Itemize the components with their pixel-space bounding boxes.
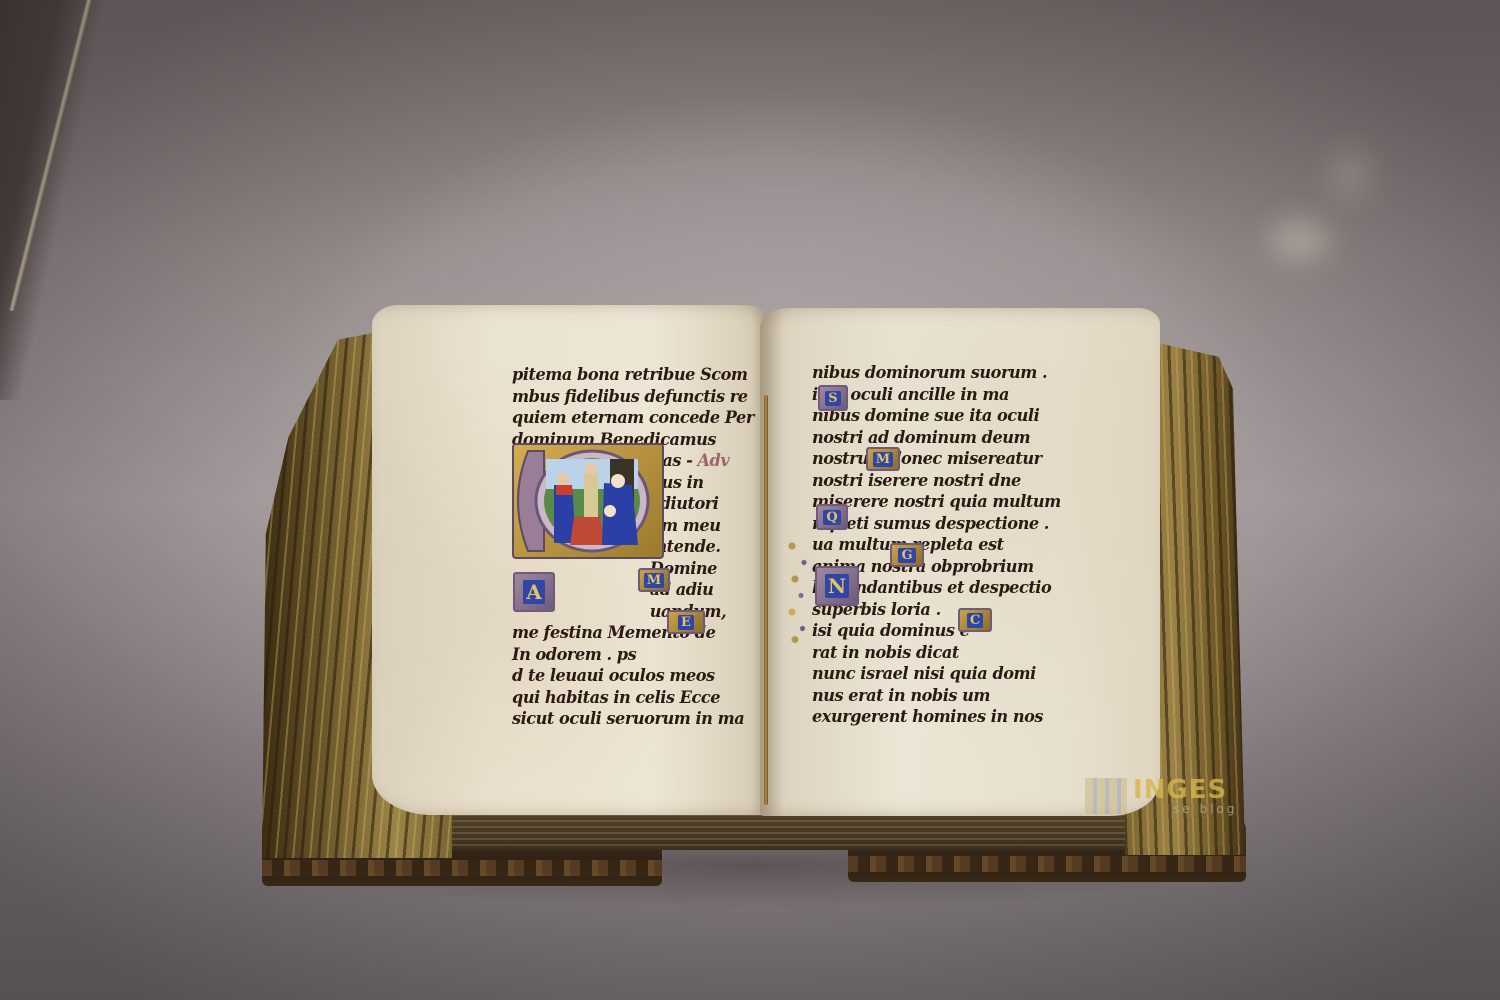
text-line: qui habitas in celis Ecce — [512, 688, 754, 710]
historiated-initial-miniature — [512, 443, 664, 559]
text-line: nus erat in nobis um — [812, 686, 1061, 708]
illuminated-initial-g: G — [890, 543, 924, 567]
initial-letter: S — [825, 391, 840, 406]
illuminated-initial-e: E — [667, 610, 705, 634]
text-line: In odorem . ps — [512, 645, 754, 667]
initial-letter: C — [967, 613, 983, 628]
text-line: miserere nostri quia multum — [812, 492, 1061, 514]
text-line: icut oculi ancille in ma — [812, 385, 1061, 407]
rubric-text: Adv — [698, 451, 730, 471]
text-line: nostri iserere nostri dne — [812, 471, 1061, 493]
initial-letter: Q — [823, 510, 840, 525]
initial-letter: N — [825, 574, 849, 598]
floral-marginalia — [783, 535, 813, 645]
illuminated-initial-m: M — [638, 568, 670, 592]
illuminated-initial-c: C — [958, 608, 992, 632]
illuminated-initial-s: S — [818, 385, 848, 411]
text-line: d te leuaui oculos meos — [512, 666, 754, 688]
initial-letter: A — [523, 580, 545, 604]
text-line: sicut oculi seruorum in ma — [512, 709, 754, 731]
text-line: rat in nobis dicat — [812, 643, 1061, 665]
text-line: repleti sumus despectione . — [812, 514, 1061, 536]
text-line: nostri ad dominum deum — [812, 428, 1061, 450]
initial-letter: M — [644, 573, 664, 588]
illuminated-initial-a: A — [513, 572, 555, 612]
initial-letter: M — [873, 452, 893, 467]
text-line: isi quia dominus e — [812, 621, 1061, 643]
building-logo-icon — [1085, 778, 1127, 814]
initial-letter: G — [898, 548, 915, 563]
text-line: nibus domine sue ita oculi — [812, 406, 1061, 428]
illuminated-initial-n: N — [815, 566, 859, 606]
watermark-text: INGES se blog — [1133, 777, 1237, 815]
text-line: nostrum donec misereatur — [812, 449, 1061, 471]
glass-reflection — [1330, 150, 1370, 200]
display-case-edge — [0, 0, 110, 400]
text-line: nibus dominorum suorum . — [812, 363, 1061, 385]
watermark-title: INGES — [1133, 777, 1237, 803]
watermark-subtitle: se blog — [1133, 803, 1237, 815]
text-line: exurgerent homines in nos — [812, 707, 1061, 729]
text-line: quiem eternam concede Per — [512, 408, 754, 430]
illuminated-initial-m: M — [866, 447, 900, 471]
glass-reflection — [1270, 220, 1330, 260]
text-line: nunc israel nisi quia domi — [812, 664, 1061, 686]
right-page-text: nibus dominorum suorum . icut oculi anci… — [812, 363, 1074, 729]
adoration-scene-icon — [514, 445, 662, 557]
text-line: mbus fidelibus defunctis re — [512, 387, 754, 409]
text-line: ua multum repleta est — [812, 535, 1061, 557]
text-line: pitema bona retribue Scom — [512, 365, 754, 387]
illuminated-initial-q: Q — [816, 504, 848, 530]
text-line: me festina Memento de — [512, 623, 754, 645]
watermark: INGES se blog — [1085, 776, 1237, 816]
initial-letter: E — [678, 615, 694, 630]
